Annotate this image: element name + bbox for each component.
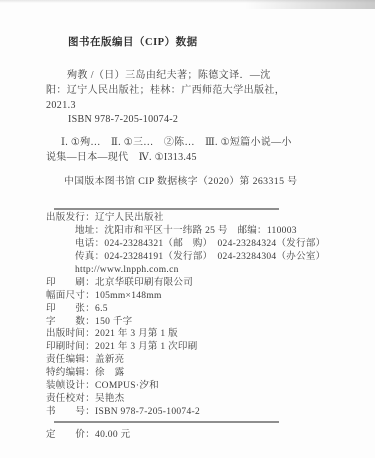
colophon-label: 责任校对：	[46, 393, 95, 406]
colophon-value: 北京华联印刷有限公司	[95, 277, 193, 290]
colophon-value: 6.5	[95, 303, 108, 316]
colophon-label: 出版发行：	[46, 212, 95, 225]
colophon-value: 024-23284321（邮 购） 024-23284324（发行部）	[104, 238, 325, 251]
colophon-label: 字 数：	[46, 316, 95, 329]
isbn-line: ISBN 978-7-205-10074-2	[68, 114, 178, 125]
cip-entry: 殉教 /（日）三岛由纪夫著；陈德文译．—沈 阳：辽宁人民出版社；桂林：广西师范大…	[46, 69, 316, 113]
colophon-label: 印 张：	[46, 303, 95, 316]
divider-bottom	[54, 421, 279, 423]
colophon-block: 出版发行：辽宁人民出版社 地址：沈阳市和平区十一纬路 25 号 邮编：11000…	[46, 212, 346, 419]
cip-header: 图书在版编目（CIP）数据	[68, 34, 198, 49]
colophon-label: 电话：	[75, 238, 104, 251]
colophon-value: 吴艳杰	[95, 393, 124, 406]
cip-entry-line: 阳：辽宁人民出版社；桂林：广西师范大学出版社，	[46, 84, 316, 99]
colophon-row-proofreader: 责任校对：吴艳杰	[46, 393, 346, 406]
colophon-row-printdate: 印刷时间：2021 年 3 月第 1 次印刷	[46, 341, 346, 354]
colophon-label: 印 刷：	[46, 277, 95, 290]
colophon-label: 传真：	[75, 251, 104, 264]
colophon-row-printer: 印 刷：北京华联印刷有限公司	[46, 277, 346, 290]
cip-classification-line: 说集—日本—现代 Ⅳ. ①I313.45	[46, 151, 336, 166]
colophon-label: 出版时间：	[46, 328, 95, 341]
colophon-value: 024-23284191（发行部） 024-23284304（办公室）	[104, 251, 325, 264]
colophon-value: 辽宁人民出版社	[95, 212, 164, 225]
colophon-row-special-editor: 特约编辑：徐 露	[46, 367, 346, 380]
colophon-row-phone: 电话：024-23284321（邮 购） 024-23284324（发行部）	[46, 238, 346, 251]
scan-edge-shadow-corner	[245, 0, 375, 9]
price-label: 定 价：	[46, 429, 95, 442]
colophon-label: 装帧设计：	[46, 380, 95, 393]
colophon-value: 2021 年 3 月第 1 版	[95, 328, 178, 341]
colophon-label: 幅面尺寸：	[46, 290, 95, 303]
colophon-value: 105mm×148mm	[95, 290, 162, 303]
colophon-value: 150 千字	[95, 316, 132, 329]
book-copyright-page: 图书在版编目（CIP）数据 殉教 /（日）三岛由纪夫著；陈德文译．—沈 阳：辽宁…	[0, 0, 375, 458]
colophon-row-designer: 装帧设计：COMPUS·汐和	[46, 380, 346, 393]
colophon-label: 印刷时间：	[46, 341, 95, 354]
colophon-value: http://www.lnpph.com.cn	[75, 264, 179, 277]
colophon-value: COMPUS·汐和	[95, 380, 159, 393]
price-row: 定 价：40.00 元	[46, 429, 130, 442]
colophon-label: 特约编辑：	[46, 367, 95, 380]
price-value: 40.00 元	[95, 429, 130, 442]
colophon-value: 2021 年 3 月第 1 次印刷	[95, 341, 197, 354]
colophon-value: ISBN 978-7-205-10074-2	[95, 406, 200, 419]
colophon-row-isbn: 书 号：ISBN 978-7-205-10074-2	[46, 406, 346, 419]
colophon-row-pubdate: 出版时间：2021 年 3 月第 1 版	[46, 328, 346, 341]
colophon-row-format: 幅面尺寸：105mm×148mm	[46, 290, 346, 303]
colophon-value: 盖新亮	[95, 354, 124, 367]
cip-entry-line: 2021.3	[46, 99, 316, 114]
cip-classification: Ⅰ. ①殉… Ⅱ. ①三… ②陈… Ⅲ. ①短篇小说—小 说集—日本—现代 Ⅳ.…	[46, 136, 336, 166]
colophon-row-sheets: 印 张：6.5	[46, 303, 346, 316]
colophon-label: 责任编辑：	[46, 354, 95, 367]
cip-record-number: 中国版本图书馆 CIP 数据核字（2020）第 263315 号	[64, 173, 297, 187]
colophon-row-editor: 责任编辑：盖新亮	[46, 354, 346, 367]
colophon-row-wordcount: 字 数：150 千字	[46, 316, 346, 329]
cip-classification-line: Ⅰ. ①殉… Ⅱ. ①三… ②陈… Ⅲ. ①短篇小说—小	[46, 136, 336, 151]
colophon-row-website: http://www.lnpph.com.cn	[46, 264, 346, 277]
colophon-row-publisher: 出版发行：辽宁人民出版社	[46, 212, 346, 225]
colophon-row-address: 地址：沈阳市和平区十一纬路 25 号 邮编：110003	[46, 225, 346, 238]
colophon-value: 沈阳市和平区十一纬路 25 号 邮编：110003	[104, 225, 296, 238]
colophon-label: 地址：	[75, 225, 104, 238]
colophon-label: 书 号：	[46, 406, 95, 419]
colophon-value: 徐 露	[95, 367, 124, 380]
colophon-row-fax: 传真：024-23284191（发行部） 024-23284304（办公室）	[46, 251, 346, 264]
cip-entry-line: 殉教 /（日）三岛由纪夫著；陈德文译．—沈	[46, 69, 316, 84]
divider-top	[54, 208, 279, 210]
